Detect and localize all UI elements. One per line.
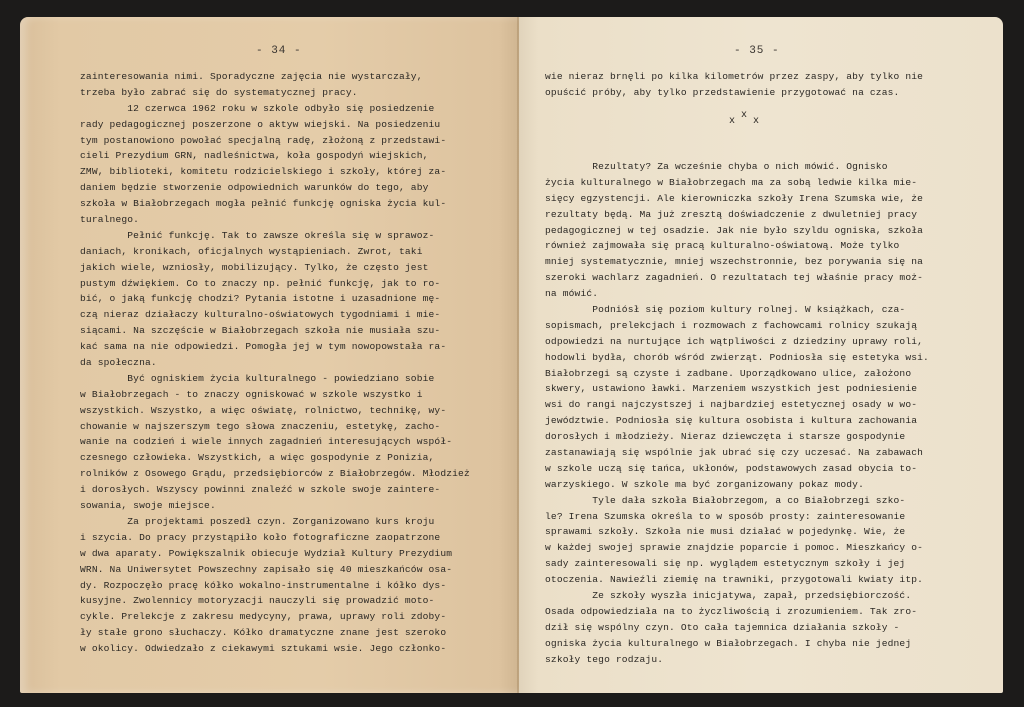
text-line: tym postanowiono powołać specjalną radę,… (80, 133, 470, 149)
text-line: w szkole uczą się tańca, ukłonów, podsta… (545, 461, 929, 477)
text-line: w Białobrzegach - to znaczy ogniskować w… (80, 387, 470, 403)
text-line: da społeczna. (80, 355, 470, 371)
text-line: szkoła w Białobrzegach mogła pełnić funk… (80, 196, 470, 212)
text-line: wsi do rangi najczystszej i najbardziej … (545, 397, 929, 413)
page-body-text: zainteresowania nimi. Sporadyczne zajęci… (80, 69, 470, 657)
text-line: hodowli bydła, chorób wśród zwierząt. Po… (545, 350, 929, 366)
text-line: Ze szkoły wyszła inicjatywa, zapał, prze… (545, 588, 929, 604)
text-line: otoczenia. Nawieźli ziemię na trawniki, … (545, 572, 929, 588)
text-line: w dwa aparaty. Powiększalnik obiecuje Wy… (80, 546, 470, 562)
text-line: i dorosłych. Wszyscy powinni znaleźć w s… (80, 482, 470, 498)
text-line: odpowiedzi na nurtujące ich wątpliwości … (545, 334, 929, 350)
text-line: 12 czerwca 1962 roku w szkole odbyło się… (80, 101, 470, 117)
text-line: turalnego. (80, 212, 470, 228)
section-separator: xxx (729, 116, 759, 127)
text-line: bić, o jaką funkcję chodzi? Pytania isto… (80, 291, 470, 307)
text-line: ły stałe grono słuchaczy. Kółko dramatyc… (80, 625, 470, 641)
text-line: sady zainteresowali się np. wyglądem est… (545, 556, 929, 572)
page-number: - 35 - (734, 45, 780, 57)
text-line: i szycia. Do pracy przystąpiło koło foto… (80, 530, 470, 546)
text-line: cykle. Prelekcje z zakresu medycyny, pra… (80, 609, 470, 625)
text-line: Białobrzegi są czyste i zadbane. Uporząd… (545, 366, 929, 382)
text-line: daniem będzie stworzenie odpowiednich wa… (80, 180, 470, 196)
text-line: Pełnić funkcję. Tak to zawsze określa si… (80, 228, 470, 244)
text-line: sopismach, prelekcjach i rozmowach z fac… (545, 318, 929, 334)
text-line: Podniósł się poziom kultury rolnej. W ks… (545, 302, 929, 318)
text-line: dy. Rozpoczęło pracę kółko wokalno-instr… (80, 578, 470, 594)
text-line: czesnego człowieka. Wszystkich, a więc g… (80, 450, 470, 466)
text-line: trzeba było zabrać się do systematycznej… (80, 85, 470, 101)
left-page: - 34 - zainteresowania nimi. Sporadyczne… (20, 17, 519, 693)
continued-text: wie nieraz brnęli po kilka kilometrów pr… (545, 69, 923, 101)
text-line: szkoły tego rodzaju. (545, 652, 929, 668)
text-line: w okolicy. Odwiedzało z ciekawymi sztuka… (80, 641, 470, 657)
text-line: Za projektami poszedł czyn. Zorganizowan… (80, 514, 470, 530)
book-spread: - 34 - zainteresowania nimi. Sporadyczne… (20, 17, 1003, 693)
text-line: w każdej swojej sprawie znajdzie poparci… (545, 540, 929, 556)
text-line: zainteresowania nimi. Sporadyczne zajęci… (80, 69, 470, 85)
text-line: daniach, kronikach, oficjalnych wystąpie… (80, 244, 470, 260)
text-line: Być ogniskiem życia kulturalnego - powie… (80, 371, 470, 387)
text-line: opuścić próby, aby tylko przedstawienie … (545, 85, 923, 101)
separator-mark: x (741, 110, 747, 121)
text-line: WRN. Na Uniwersytet Powszechny zapisało … (80, 562, 470, 578)
text-line: le? Irena Szumska określa to w sposób pr… (545, 509, 929, 525)
text-line: jakich wiele, wzniosły, mobilizujący. Ty… (80, 260, 470, 276)
text-line: kać sama na nie odpowiedzi. Pomogła jej … (80, 339, 470, 355)
page-number: - 34 - (256, 45, 302, 57)
separator-mark: x (729, 116, 735, 127)
text-line: warzyskiego. W szkole ma być zorganizowa… (545, 477, 929, 493)
text-line: rezultaty będą. Ma już zresztą doświadcz… (545, 207, 929, 223)
text-line: chowanie w najszerszym tego słowa znacze… (80, 419, 470, 435)
text-line: sowania, swoje miejsce. (80, 498, 470, 514)
text-line: ZMW, biblioteki, komitetu rodzicielskieg… (80, 164, 470, 180)
text-line: mniej systematycznie, mniej wszechstronn… (545, 254, 929, 270)
right-page: - 35 - wie nieraz brnęli po kilka kilome… (519, 17, 1003, 693)
text-line: życia kulturalnego w Białobrzegach ma za… (545, 175, 929, 191)
text-line: czą nieraz działaczy kulturalno-oświatow… (80, 307, 470, 323)
text-line: skwery, ustawiono ławki. Marzeniem wszys… (545, 381, 929, 397)
text-line: wanie na codzień i wiele innych zagadnie… (80, 434, 470, 450)
text-line: kusyjne. Zwolennicy motoryzacji nauczyli… (80, 593, 470, 609)
text-line: rolników z Osowego Grądu, przedsiębiorcó… (80, 466, 470, 482)
text-line: jewództwie. Podniosła się kultura osobis… (545, 413, 929, 429)
text-line: Osada odpowiedziała na to życzliwością i… (545, 604, 929, 620)
text-line: sprawami szkoły. Szkoła nie musi działać… (545, 524, 929, 540)
text-line: sięcy egzystencji. Ale kierowniczka szko… (545, 191, 929, 207)
text-line: ogniska życia kulturalnego w Białobrzega… (545, 636, 929, 652)
text-line: dził się wspólny czyn. Oto cała tajemnic… (545, 620, 929, 636)
text-line: pustym dźwiękiem. Co to znaczy np. pełni… (80, 276, 470, 292)
text-line: Tyle dała szkoła Białobrzegom, a co Biał… (545, 493, 929, 509)
text-line: cieli Prezydium GRN, nadleśnictwa, koła … (80, 148, 470, 164)
text-line: Rezultaty? Za wcześnie chyba o nich mówi… (545, 159, 929, 175)
text-line: zastanawiają się wspólnie jak ubrać się … (545, 445, 929, 461)
text-line: również zajmowała się pracą kulturalno-o… (545, 238, 929, 254)
text-line: wie nieraz brnęli po kilka kilometrów pr… (545, 69, 923, 85)
text-line: siącami. Na szczęście w Białobrzegach sz… (80, 323, 470, 339)
text-line: wszystkich. Wszystko, a więc oświatę, ro… (80, 403, 470, 419)
page-body-text: Rezultaty? Za wcześnie chyba o nich mówi… (545, 159, 929, 668)
text-line: dorosłych i młodzieży. Nieraz dziewczęta… (545, 429, 929, 445)
text-line: na mówić. (545, 286, 929, 302)
separator-mark: x (753, 116, 759, 127)
text-line: rady pedagogicznej poszerzone o aktyw wi… (80, 117, 470, 133)
text-line: pedagogicznej w tej osadzie. Jak nie był… (545, 223, 929, 239)
text-line: szeroki wachlarz zagadnień. O rezultatac… (545, 270, 929, 286)
